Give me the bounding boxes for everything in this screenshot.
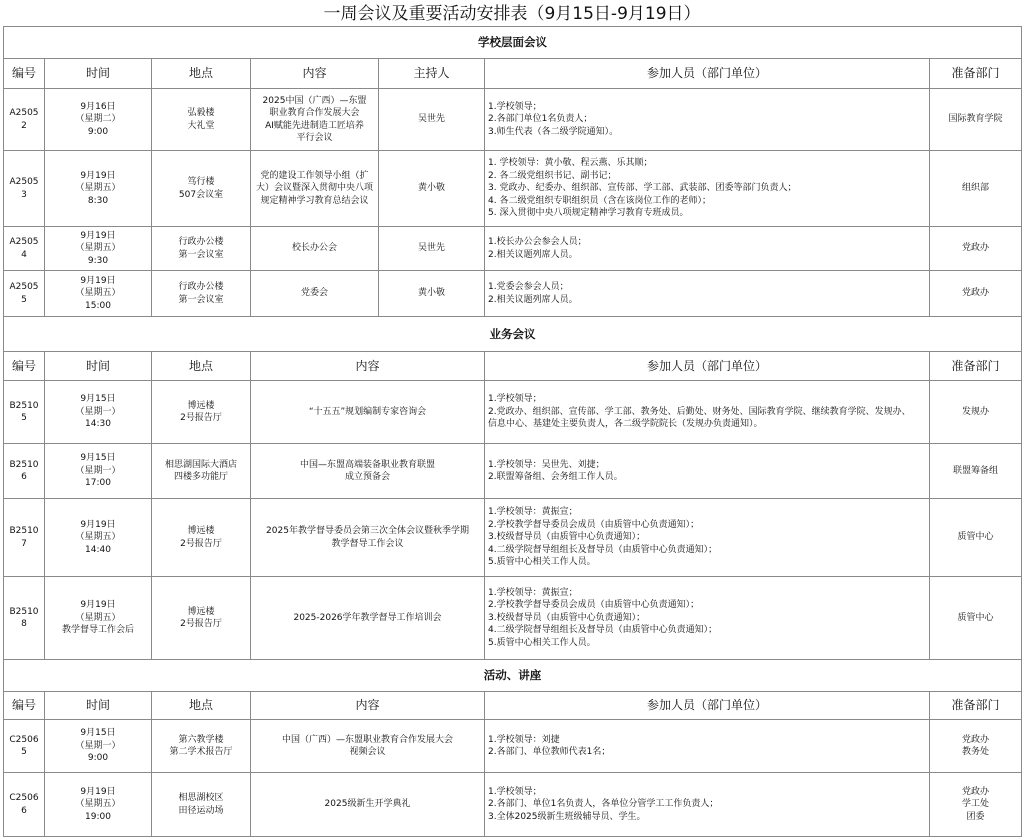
col-header-time: 时间 (45, 352, 152, 381)
section-header-row: 学校层面会议 (4, 27, 1022, 59)
column-header-row: 编号 时间 地点 内容 参加人员（部门单位） 准备部门 (4, 692, 1022, 720)
cell-time: 9月15日 （星期一） 14:30 (45, 381, 152, 444)
cell-attendees: 1.校长办公会参会人员； 2.相关议题列席人员。 (485, 227, 930, 271)
cell-time: 9月19日 （星期五） 教学督导工作会后 (45, 577, 152, 660)
cell-content: “十五五”规划编制专家咨询会 (251, 381, 485, 444)
section-title: 活动、讲座 (4, 660, 1022, 692)
cell-attendees: 1.学校领导：刘捷 2.各部门、单位教师代表1名； (485, 720, 930, 773)
cell-dept: 联盟筹备组 (930, 444, 1022, 499)
cell-dept: 党政办 (930, 227, 1022, 271)
col-header-content: 内容 (251, 692, 485, 720)
cell-time: 9月16日 （星期二） 9:00 (45, 89, 152, 151)
cell-id: A25052 (4, 89, 45, 151)
section-title: 业务会议 (4, 317, 1022, 352)
cell-attendees: 1.学校领导：吴世先、刘捷； 2.联盟筹备组、会务组工作人员。 (485, 444, 930, 499)
col-header-dept: 准备部门 (930, 352, 1022, 381)
cell-attendees: 1.学校领导； 2.党政办、组织部、宣传部、学工部、教务处、后勤处、财务处、国际… (485, 381, 930, 444)
cell-id: B25107 (4, 499, 45, 577)
cell-attendees: 1.学校领导：黄振宣； 2.学校教学督导委员会成员（由质管中心负责通知）； 3.… (485, 577, 930, 660)
col-header-host: 主持人 (379, 59, 485, 89)
cell-dept: 发规办 (930, 381, 1022, 444)
cell-time: 9月19日 （星期五） 8:30 (45, 151, 152, 227)
cell-content: 2025-2026学年教学督导工作培训会 (251, 577, 485, 660)
table-row: B25108 9月19日 （星期五） 教学督导工作会后 博远楼 2号报告厅 20… (4, 577, 1022, 660)
col-header-place: 地点 (152, 692, 251, 720)
cell-dept: 质管中心 (930, 577, 1022, 660)
table-row: A25055 9月19日 （星期五） 15:00 行政办公楼 第一会议室 党委会… (4, 271, 1022, 317)
table-row: A25052 9月16日 （星期二） 9:00 弘毅楼 大礼堂 2025中国（广… (4, 89, 1022, 151)
cell-id: C25065 (4, 720, 45, 773)
cell-host: 黄小敬 (379, 271, 485, 317)
cell-id: A25054 (4, 227, 45, 271)
cell-content: 2025年教学督导委员会第三次全体会议暨秋季学期 教学督导工作会议 (251, 499, 485, 577)
col-header-dept: 准备部门 (930, 59, 1022, 89)
col-header-attendees: 参加人员（部门单位） (485, 59, 930, 89)
cell-content: 中国—东盟高端装备职业教育联盟 成立预备会 (251, 444, 485, 499)
cell-place: 相思湖国际大酒店 四楼多功能厅 (152, 444, 251, 499)
cell-id: B25105 (4, 381, 45, 444)
cell-host: 吴世先 (379, 89, 485, 151)
cell-time: 9月15日 （星期一） 9:00 (45, 720, 152, 773)
cell-content: 党委会 (251, 271, 379, 317)
cell-dept: 党政办 学工处 团委 (930, 773, 1022, 837)
cell-place: 行政办公楼 第一会议室 (152, 271, 251, 317)
cell-time: 9月19日 （星期五） 15:00 (45, 271, 152, 317)
column-header-row: 编号 时间 地点 内容 参加人员（部门单位） 准备部门 (4, 352, 1022, 381)
col-header-time: 时间 (45, 59, 152, 89)
cell-attendees: 1.学校领导； 2.各部门、单位1名负责人，各单位分管学工工作负责人； 3.全体… (485, 773, 930, 837)
cell-place: 博远楼 2号报告厅 (152, 381, 251, 444)
column-header-row: 编号 时间 地点 内容 主持人 参加人员（部门单位） 准备部门 (4, 59, 1022, 89)
table-row: B25106 9月15日 （星期一） 17:00 相思湖国际大酒店 四楼多功能厅… (4, 444, 1022, 499)
table-row: B25107 9月19日 （星期五） 14:40 博远楼 2号报告厅 2025年… (4, 499, 1022, 577)
col-header-time: 时间 (45, 692, 152, 720)
cell-time: 9月19日 （星期五） 14:40 (45, 499, 152, 577)
cell-time: 9月19日 （星期五） 9:30 (45, 227, 152, 271)
table-row: B25105 9月15日 （星期一） 14:30 博远楼 2号报告厅 “十五五”… (4, 381, 1022, 444)
table-row: A25053 9月19日 （星期五） 8:30 笃行楼 507会议室 党的建设工… (4, 151, 1022, 227)
cell-attendees: 1. 学校领导：黄小敬、程云燕、乐其顺； 2. 各二级党组织书记、副书记； 3.… (485, 151, 930, 227)
col-header-place: 地点 (152, 59, 251, 89)
cell-place: 弘毅楼 大礼堂 (152, 89, 251, 151)
cell-place: 行政办公楼 第一会议室 (152, 227, 251, 271)
cell-dept: 党政办 教务处 (930, 720, 1022, 773)
col-header-id: 编号 (4, 59, 45, 89)
cell-content: 2025级新生开学典礼 (251, 773, 485, 837)
table-row: C25065 9月15日 （星期一） 9:00 第六教学楼 第二学术报告厅 中国… (4, 720, 1022, 773)
cell-id: B25106 (4, 444, 45, 499)
cell-attendees: 1.学校领导：黄振宣； 2.学校教学督导委员会成员（由质管中心负责通知）； 3.… (485, 499, 930, 577)
cell-place: 第六教学楼 第二学术报告厅 (152, 720, 251, 773)
cell-dept: 质管中心 (930, 499, 1022, 577)
cell-content: 党的建设工作领导小组（扩 大）会议暨深入贯彻中央八项 规定精神学习教育总结会议 (251, 151, 379, 227)
cell-host: 吴世先 (379, 227, 485, 271)
cell-dept: 国际教育学院 (930, 89, 1022, 151)
cell-id: C25066 (4, 773, 45, 837)
cell-attendees: 1.学校领导； 2.各部门单位1名负责人； 3.师生代表（各二级学院通知）。 (485, 89, 930, 151)
section-header-row: 活动、讲座 (4, 660, 1022, 692)
col-header-attendees: 参加人员（部门单位） (485, 692, 930, 720)
cell-place: 笃行楼 507会议室 (152, 151, 251, 227)
cell-attendees: 1.党委会参会人员； 2.相关议题列席人员。 (485, 271, 930, 317)
section-header-row: 业务会议 (4, 317, 1022, 352)
col-header-id: 编号 (4, 352, 45, 381)
col-header-id: 编号 (4, 692, 45, 720)
cell-place: 博远楼 2号报告厅 (152, 499, 251, 577)
cell-id: B25108 (4, 577, 45, 660)
col-header-dept: 准备部门 (930, 692, 1022, 720)
cell-host: 黄小敬 (379, 151, 485, 227)
cell-time: 9月15日 （星期一） 17:00 (45, 444, 152, 499)
cell-content: 校长办公会 (251, 227, 379, 271)
col-header-attendees: 参加人员（部门单位） (485, 352, 930, 381)
cell-dept: 党政办 (930, 271, 1022, 317)
cell-dept: 组织部 (930, 151, 1022, 227)
cell-place: 相思湖校区 田径运动场 (152, 773, 251, 837)
col-header-content: 内容 (251, 59, 379, 89)
cell-content: 2025中国（广西）—东盟 职业教育合作发展大会 AI赋能先进制造工匠培养 平行… (251, 89, 379, 151)
page-title: 一周会议及重要活动安排表（9月15日-9月19日） (0, 0, 1024, 26)
cell-time: 9月19日 （星期五） 19:00 (45, 773, 152, 837)
table-row: C25066 9月19日 （星期五） 19:00 相思湖校区 田径运动场 202… (4, 773, 1022, 837)
cell-id: A25053 (4, 151, 45, 227)
cell-id: A25055 (4, 271, 45, 317)
col-header-place: 地点 (152, 352, 251, 381)
table-row: A25054 9月19日 （星期五） 9:30 行政办公楼 第一会议室 校长办公… (4, 227, 1022, 271)
schedule-table: 学校层面会议 编号 时间 地点 内容 主持人 参加人员（部门单位） 准备部门 A… (3, 26, 1022, 837)
cell-content: 中国（广西）—东盟职业教育合作发展大会 视频会议 (251, 720, 485, 773)
col-header-content: 内容 (251, 352, 485, 381)
section-title: 学校层面会议 (4, 27, 1022, 59)
cell-place: 博远楼 2号报告厅 (152, 577, 251, 660)
